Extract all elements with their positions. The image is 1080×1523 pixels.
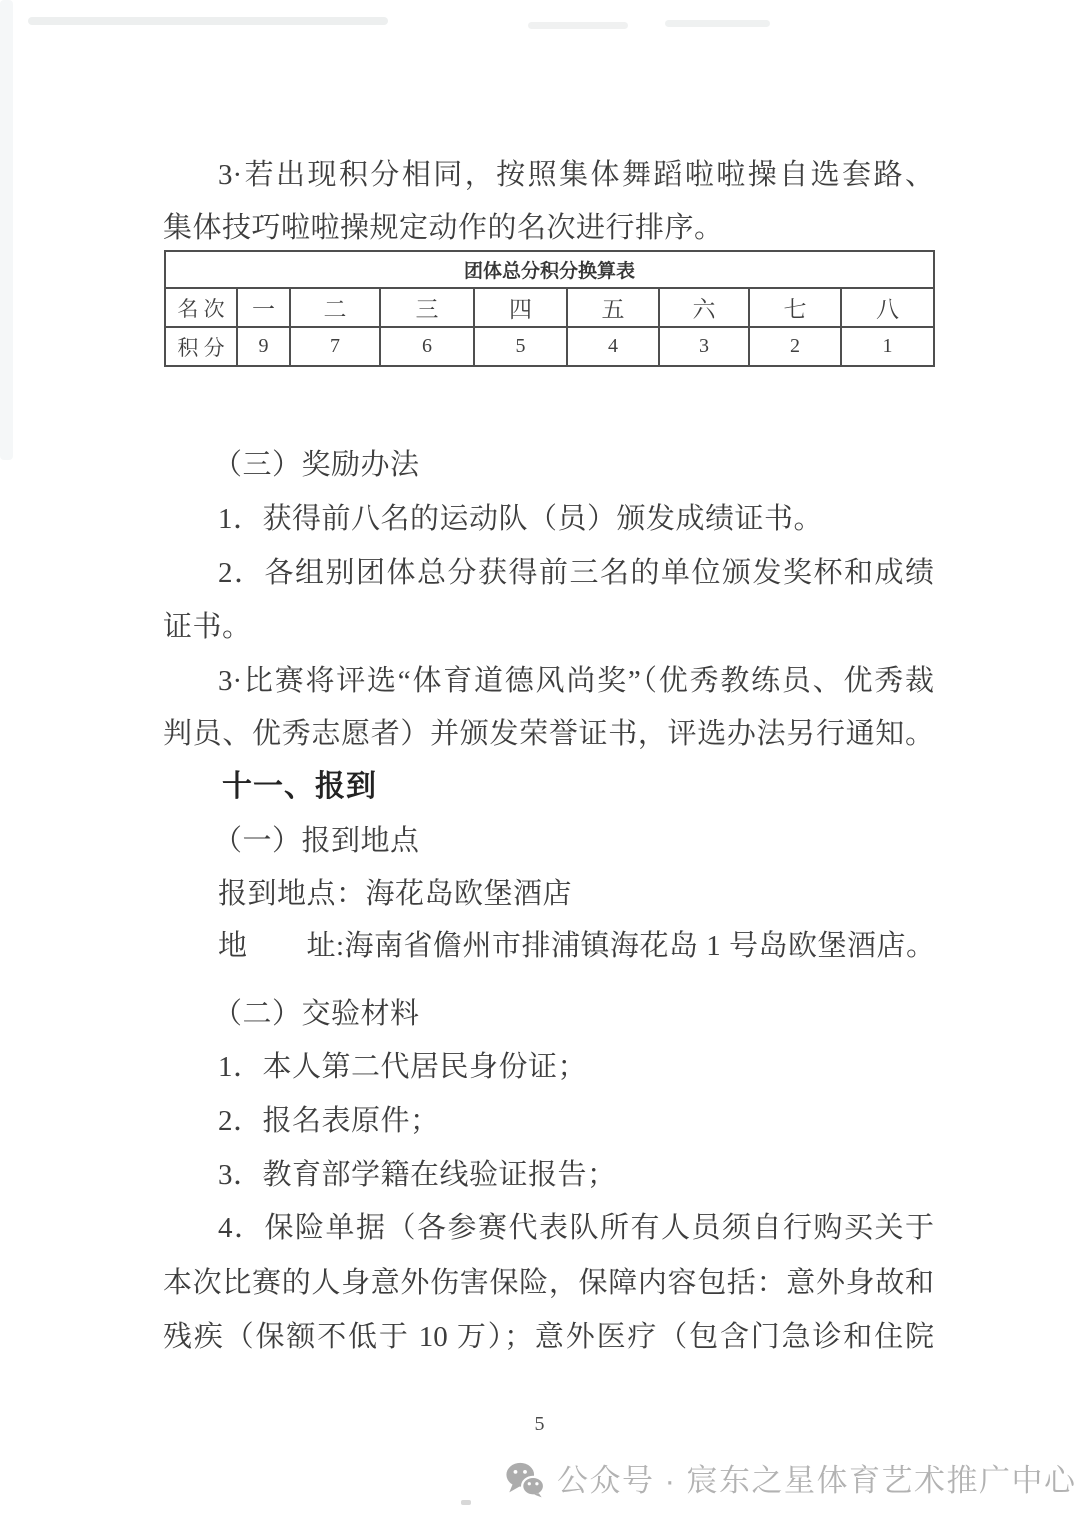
table-cell: 八 xyxy=(841,288,934,327)
subsection-heading: （二）交验材料 xyxy=(213,997,420,1031)
table-cell: 七 xyxy=(749,288,841,327)
list-item: 4．保险单据（各参赛代表队所有人员须自行购买关于 xyxy=(218,1211,934,1245)
list-item: 2．报名表原件； xyxy=(218,1104,440,1138)
table-row-label: 积 分 xyxy=(165,327,237,366)
list-item: 2．各组别团体总分获得前三名的单位颁发奖杯和成绩 xyxy=(218,556,934,590)
list-item: 1．本人第二代居民身份证； xyxy=(218,1050,587,1084)
table-points-row: 积 分 9 7 6 5 4 3 2 1 xyxy=(165,327,934,366)
scan-artifact xyxy=(28,17,388,25)
table-cell: 二 xyxy=(290,288,380,327)
table-cell: 一 xyxy=(237,288,290,327)
table-cell: 4 xyxy=(567,327,659,366)
table-cell: 1 xyxy=(841,327,934,366)
list-item: 3．教育部学籍在线验证报告； xyxy=(218,1158,617,1192)
subsection-heading: （三）奖励办法 xyxy=(213,448,420,482)
table-cell: 3 xyxy=(659,327,749,366)
list-item: 1．获得前八名的运动队（员）颁发成绩证书。 xyxy=(218,502,823,536)
table-cell: 三 xyxy=(380,288,474,327)
paragraph-line: 3·若出现积分相同，按照集体舞蹈啦啦操自选套路、 xyxy=(218,158,934,192)
table-row-label: 名 次 xyxy=(165,288,237,327)
table-cell: 2 xyxy=(749,327,841,366)
table-cell: 四 xyxy=(474,288,567,327)
scan-artifact xyxy=(461,1500,471,1505)
table-cell: 6 xyxy=(380,327,474,366)
table-cell: 5 xyxy=(474,327,567,366)
document-page: 3·若出现积分相同，按照集体舞蹈啦啦操自选套路、 集体技巧啦啦操规定动作的名次进… xyxy=(0,0,1080,1523)
scan-artifact xyxy=(665,20,770,27)
table-rank-row: 名 次 一 二 三 四 五 六 七 八 xyxy=(165,288,934,327)
paragraph-line: 残疾（保额不低于 10 万）；意外医疗（包含门急诊和住院 xyxy=(163,1320,934,1354)
page-number: 5 xyxy=(0,1413,1080,1436)
table-title: 团体总分积分换算表 xyxy=(165,251,934,288)
wechat-icon xyxy=(505,1461,545,1498)
paragraph-line: 判员、优秀志愿者）并颁发荣誉证书，评选办法另行通知。 xyxy=(163,717,934,751)
subsection-heading: （一）报到地点 xyxy=(213,824,420,858)
table-title-row: 团体总分积分换算表 xyxy=(165,251,934,288)
table-cell: 7 xyxy=(290,327,380,366)
paragraph-line: 地 址:海南省儋州市排浦镇海花岛 1 号岛欧堡酒店。 xyxy=(218,929,936,963)
paragraph-line: 报到地点：海花岛欧堡酒店 xyxy=(218,877,572,911)
table-cell: 五 xyxy=(567,288,659,327)
paragraph-line: 集体技巧啦啦操规定动作的名次进行排序。 xyxy=(163,211,724,245)
scan-artifact xyxy=(528,22,628,29)
section-heading: 十一、报到 xyxy=(222,770,377,804)
paragraph-line: 本次比赛的人身意外伤害保险，保障内容包括：意外身故和 xyxy=(163,1266,934,1300)
paragraph-line: 证书。 xyxy=(163,610,252,644)
list-item: 3·比赛将评选“体育道德风尚奖”（优秀教练员、优秀裁 xyxy=(218,664,934,698)
scan-artifact xyxy=(0,0,13,460)
table-cell: 六 xyxy=(659,288,749,327)
score-conversion-table: 团体总分积分换算表 名 次 一 二 三 四 五 六 七 八 积 分 9 7 6 … xyxy=(164,250,935,367)
watermark: 公众号 · 宸东之星体育艺术推广中心 xyxy=(505,1455,1077,1500)
table-cell: 9 xyxy=(237,327,290,366)
watermark-text: 公众号 · 宸东之星体育艺术推广中心 xyxy=(557,1455,1077,1500)
